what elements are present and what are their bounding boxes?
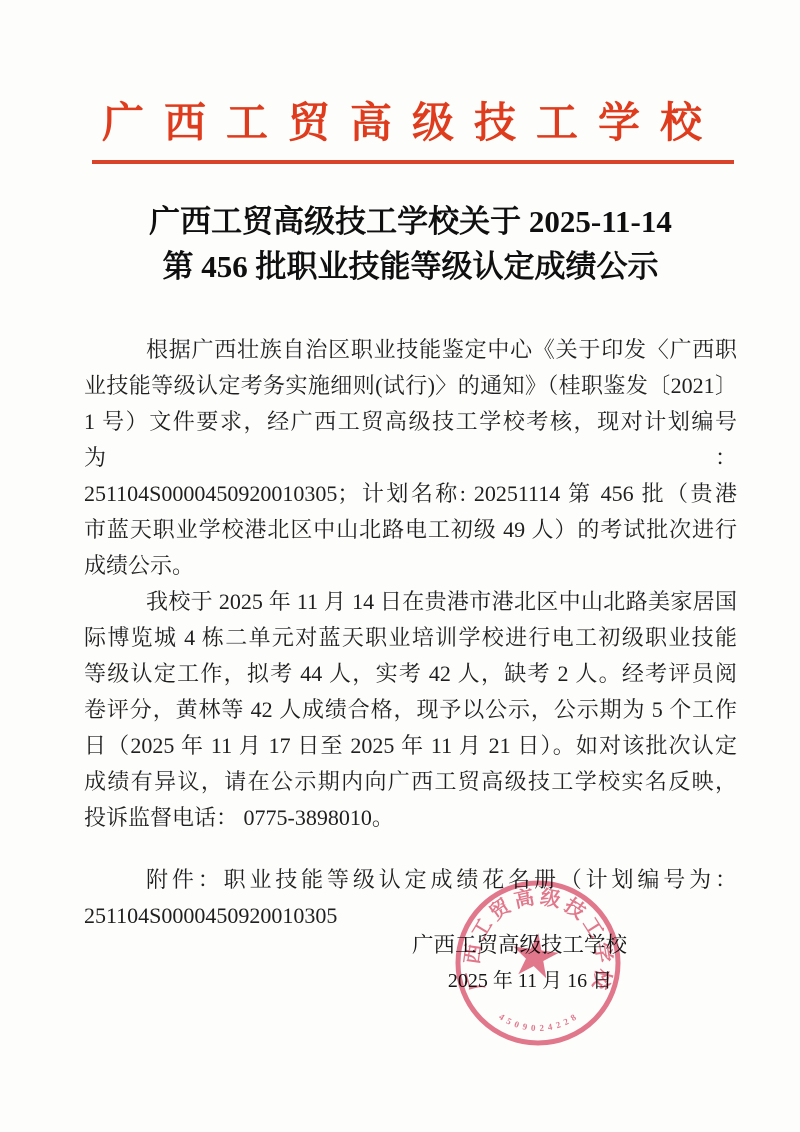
- signature-org: 广西工贸高级技工学校: [412, 928, 627, 959]
- attachment-line: 附件：职业技能等级认定成绩花名册（计划编号为：: [84, 862, 737, 898]
- body-line: 投诉监督电话： 0775-3898010。: [84, 800, 737, 836]
- document-title-line1: 广西工贸高级技工学校关于 2025-11-14: [84, 199, 737, 244]
- body-line: 业技能等级认定考务实施细则(试行)〉的通知》（桂职鉴发〔2021〕: [84, 368, 737, 404]
- body-line: 等级认定工作，拟考 44 人，实考 42 人，缺考 2 人。经考评员阅: [84, 656, 737, 692]
- body-line: 卷评分，黄林等 42 人成绩合格，现予以公示，公示期为 5 个工作: [84, 692, 737, 728]
- body-line: 日（2025 年 11 月 17 日至 2025 年 11 月 21 日）。如对…: [84, 728, 737, 764]
- attachment-plan-number: 251104S0000450920010305: [84, 898, 737, 934]
- body-line: 根据广西壮族自治区职业技能鉴定中心《关于印发〈广西职: [84, 332, 737, 368]
- body-line: 我校于 2025 年 11 月 14 日在贵港市港北区中山北路美家居国: [84, 584, 737, 620]
- document-page: 广西工贸高级技工学校 广西工贸高级技工学校关于 2025-11-14 第 456…: [0, 0, 800, 1132]
- letterhead-school-name: 广西工贸高级技工学校: [102, 101, 722, 147]
- signature-date: 2025 年 11 月 16 日: [430, 964, 630, 993]
- body-line: 1 号）文件要求，经广西工贸高级技工学校考核，现对计划编号为：: [84, 404, 737, 476]
- body-line: 251104S0000450920010305；计划名称: 20251114 第…: [84, 476, 737, 512]
- body-line: 市蓝天职业学校港北区中山北路电工初级 49 人）的考试批次进行: [84, 512, 737, 548]
- body-line: 成绩公示。: [84, 548, 737, 584]
- letterhead-rule: [92, 160, 734, 164]
- document-body: 根据广西壮族自治区职业技能鉴定中心《关于印发〈广西职 业技能等级认定考务实施细则…: [84, 332, 737, 934]
- document-title: 广西工贸高级技工学校关于 2025-11-14 第 456 批职业技能等级认定成…: [84, 199, 737, 289]
- body-line: 成绩有异议，请在公示期内向广西工贸高级技工学校实名反映，: [84, 764, 737, 800]
- document-title-line2: 第 456 批职业技能等级认定成绩公示: [84, 244, 737, 289]
- body-line: 际博览城 4 栋二单元对蓝天职业培训学校进行电工初级职业技能: [84, 620, 737, 656]
